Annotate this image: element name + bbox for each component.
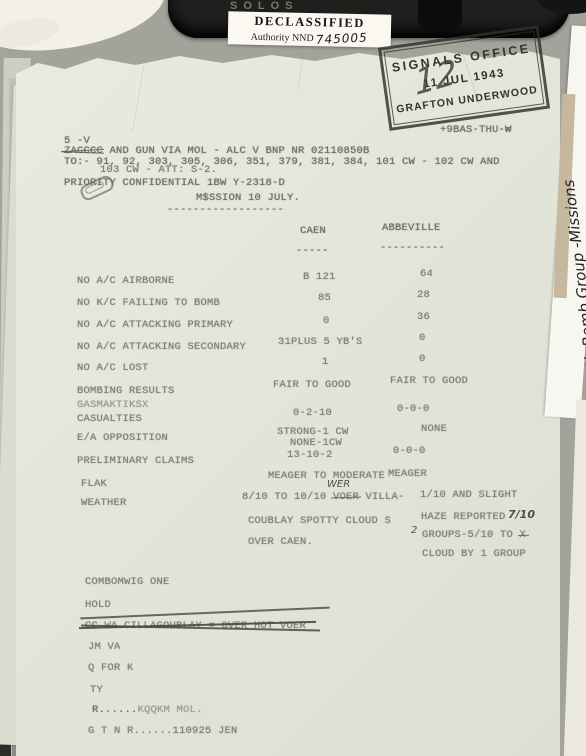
row-caen-value: FAIR TO GOOD — [273, 379, 351, 391]
footer-time-line: G T N R......110925 JEN — [88, 725, 238, 737]
scribbled-text: CC WA CILLAGOUBLAY = OVER HOT VOER — [85, 620, 306, 632]
stamp-office-line: SIGNALS OFFICE — [391, 41, 531, 74]
row-label: NO A/C ATTACKING SECONDARY — [77, 341, 246, 353]
column-header-caen: CAEN — [300, 225, 326, 237]
handwritten-correction: WER — [327, 479, 350, 490]
handwritten-cloud-fraction: 7/10 — [508, 508, 535, 521]
sign-rest: KQQKM MOL. — [138, 704, 203, 716]
authority-handwritten-number: 745005 — [316, 30, 368, 47]
handwritten-group-count: 2 — [411, 525, 417, 536]
addressee-line-2: 103 CW - ATT: S-2. — [100, 164, 217, 176]
sign-prefix: R...... — [92, 704, 138, 716]
row-label: NO K/C FAILING TO BOMB — [77, 297, 220, 309]
authority-typed-code: NND — [292, 33, 314, 44]
row-caen-value: 1 — [322, 356, 329, 368]
footer-line: JM VA — [88, 641, 121, 653]
row-label: NO A/C LOST — [77, 362, 149, 374]
row-abbeville-value: 0-0-0 — [393, 445, 426, 457]
column-rule-abbeville: ---------- — [380, 242, 445, 254]
row-abbeville-value: 0 — [419, 353, 426, 365]
column-header-abbeville: ABBEVILLE — [382, 222, 441, 234]
row-caen-value: 0 — [323, 315, 330, 327]
column-rule-caen: ----- — [296, 245, 329, 257]
row-abbeville-value: 28 — [417, 289, 430, 301]
row-abbeville-value: 64 — [420, 268, 433, 280]
declassified-label: DECLASSIFIED Authority NND 745005 — [228, 11, 392, 47]
weather-caen-line2: COUBLAY SPOTTY CLOUD S — [248, 515, 391, 527]
stamp-border-inner: SIGNALS OFFICE 11 JUL 1943 GRAFTON UNDER… — [384, 31, 545, 125]
row-abbeville-value: NONE — [421, 423, 447, 435]
struck-weather-word: VOER — [333, 491, 359, 503]
row-label: FLAK — [81, 478, 107, 490]
footer-sign-line: R......KQQKM MOL. — [92, 704, 203, 716]
mission-title: M$SSION 10 JULY. — [196, 192, 300, 204]
scanner-device-notch — [418, 0, 462, 30]
routing-mark: +9BAS-THU-₩ — [440, 124, 512, 136]
row-caen-value: 13-10-2 — [287, 449, 333, 461]
weather-caen-pre: 8/10 TO 10/10 — [242, 491, 333, 503]
authority-prefix: Authority — [251, 32, 290, 44]
weather-abbeville-line2: HAZE REPORTED — [421, 511, 506, 523]
mission-underline: ------------------ — [167, 204, 284, 216]
row-abbeville-value: FAIR TO GOOD — [390, 375, 468, 387]
row-caen-value: 85 — [318, 292, 331, 304]
weather-abbeville-line3-text: GROUPS-5/10 TO — [422, 529, 520, 541]
row-abbeville-value: 0 — [419, 332, 426, 344]
overstruck-garble: GASMAKTIKSX — [77, 399, 149, 411]
row-label: CASUALTIES — [77, 413, 142, 425]
weather-abbeville-line4: CLOUD BY 1 GROUP — [422, 548, 526, 560]
row-abbeville-value: 36 — [417, 311, 430, 323]
row-label: NO A/C AIRBORNE — [77, 275, 175, 287]
row-caen-value: 0-2-10 — [293, 407, 332, 419]
row-caen-value: B 121 — [303, 271, 336, 283]
footer-line: HOLD — [85, 599, 111, 611]
row-abbeville-value: MEAGER — [388, 468, 427, 480]
row-abbeville-value: 0-0-0 — [397, 403, 430, 415]
weather-caen-line3: OVER CAEN. — [248, 536, 313, 548]
declassified-authority-line: Authority NND 745005 — [228, 28, 391, 45]
struck-character: X — [520, 529, 527, 541]
scanner-brand-label: SOLOS — [230, 0, 299, 12]
row-label: E/A OPPOSITION — [77, 432, 168, 444]
right-margin-paper-strip — [564, 400, 586, 756]
footer-line: Q FOR K — [88, 662, 134, 674]
footer-line: COMBOMWIG ONE — [85, 576, 170, 588]
footer-struck-line: CC WA CILLAGOUBLAY = OVER HOT VOER — [85, 620, 306, 632]
weather-abbeville-line3: GROUPS-5/10 TO X — [422, 529, 526, 541]
weather-abbeville-line1: 1/10 AND SLIGHT — [420, 489, 518, 501]
scanned-document-photo: SOLOS DECLASSIFIED Authority NND 745005 … — [0, 0, 586, 756]
row-label: PRELIMINARY CLAIMS — [77, 455, 194, 467]
footer-line: TY — [90, 684, 103, 696]
weather-caen-line1: 8/10 TO 10/10 VOER VILLA- — [242, 491, 405, 503]
row-label: WEATHER — [81, 497, 127, 509]
row-caen-value: 31PLUS 5 YB'S — [278, 336, 363, 348]
priority-line: PRIORITY CONFIDENTIAL 1BW Y-2318-D — [64, 177, 285, 189]
row-label: NO A/C ATTACKING PRIMARY — [77, 319, 233, 331]
weather-caen-post: VILLA- — [359, 491, 405, 503]
row-caen-value-2: NONE-1CW — [290, 437, 342, 449]
row-label: BOMBING RESULTS — [77, 385, 175, 397]
